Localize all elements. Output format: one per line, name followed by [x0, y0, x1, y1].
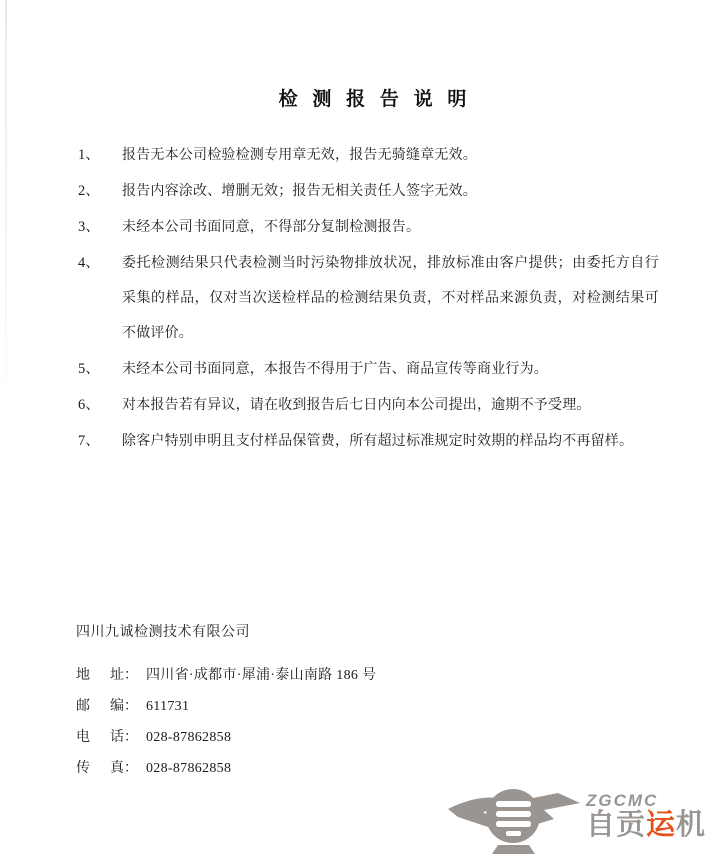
contact-row-address: 地址： 四川省·成都市·犀浦·泰山南路 186 号: [76, 660, 376, 691]
logo-abbr: ZGCMC: [586, 792, 706, 809]
note-text: 委托检测结果只代表检测当时污染物排放状况，排放标准由客户提供；由委托方自行采集的…: [122, 246, 659, 351]
contact-value-address: 四川省·成都市·犀浦·泰山南路 186 号: [146, 660, 376, 691]
contact-row-postcode: 邮编： 611731: [76, 691, 376, 722]
contact-info: 地址： 四川省·成都市·犀浦·泰山南路 186 号 邮编： 611731 电话：…: [76, 660, 376, 784]
note-text: 未经本公司书面同意，本报告不得用于广告、商品宣传等商业行为。: [122, 352, 659, 387]
note-number: 5、: [78, 352, 122, 387]
contact-label: 传真：: [76, 753, 138, 784]
contact-label-char: 传: [76, 753, 90, 784]
logo-emblem-icon: [446, 786, 584, 854]
note-item-5: 5、 未经本公司书面同意，本报告不得用于广告、商品宣传等商业行为。: [78, 352, 659, 387]
note-item-6: 6、 对本报告若有异议，请在收到报告后七日内向本公司提出，逾期不予受理。: [78, 388, 659, 423]
note-number: 3、: [78, 210, 122, 245]
notes-list: 1、 报告无本公司检验检测专用章无效，报告无骑缝章无效。 2、 报告内容涂改、增…: [78, 138, 659, 460]
page-title: 检 测 报 告 说 明: [30, 84, 720, 111]
logo-name-accent: 运: [646, 809, 676, 841]
contact-label: 邮编：: [76, 691, 138, 722]
company-name: 四川九诚检测技术有限公司: [76, 621, 250, 641]
note-number: 7、: [78, 424, 122, 459]
logo-name-part1: 自贡: [586, 809, 646, 841]
company-logo: ZGCMC 自贡运机: [446, 786, 706, 854]
note-item-7: 7、 除客户特别申明且支付样品保管费，所有超过标准规定时效期的样品均不再留样。: [78, 424, 659, 459]
contact-row-fax: 传真： 028-87862858: [76, 753, 376, 784]
note-text: 报告无本公司检验检测专用章无效，报告无骑缝章无效。: [122, 138, 659, 173]
contact-value-fax: 028-87862858: [146, 753, 231, 784]
note-text: 报告内容涂改、增删无效；报告无相关责任人签字无效。: [122, 174, 659, 209]
contact-value-postcode: 611731: [146, 691, 189, 722]
note-item-4: 4、 委托检测结果只代表检测当时污染物排放状况，排放标准由客户提供；由委托方自行…: [78, 246, 659, 351]
logo-text: ZGCMC 自贡运机: [586, 792, 706, 840]
contact-label-char: 编：: [110, 691, 138, 722]
contact-value-phone: 028-87862858: [146, 722, 231, 753]
contact-label-char: 址：: [110, 660, 138, 691]
contact-label: 地址：: [76, 660, 138, 691]
contact-label-char: 电: [76, 722, 90, 753]
note-number: 2、: [78, 174, 122, 209]
note-item-2: 2、 报告内容涂改、增删无效；报告无相关责任人签字无效。: [78, 174, 659, 209]
logo-name-part2: 机: [676, 809, 706, 841]
logo-chinese-name: 自贡运机: [586, 811, 706, 840]
note-item-3: 3、 未经本公司书面同意，不得部分复制检测报告。: [78, 210, 659, 245]
contact-label: 电话：: [76, 722, 138, 753]
document-page: 检 测 报 告 说 明 1、 报告无本公司检验检测专用章无效，报告无骑缝章无效。…: [0, 0, 720, 855]
note-number: 1、: [78, 138, 122, 173]
contact-label-char: 真：: [110, 753, 138, 784]
contact-row-phone: 电话： 028-87862858: [76, 722, 376, 753]
note-item-1: 1、 报告无本公司检验检测专用章无效，报告无骑缝章无效。: [78, 138, 659, 173]
contact-label-char: 邮: [76, 691, 90, 722]
contact-label-char: 话：: [110, 722, 138, 753]
scan-edge-artifact: [5, 0, 7, 420]
note-text: 对本报告若有异议，请在收到报告后七日内向本公司提出，逾期不予受理。: [122, 388, 659, 423]
note-number: 4、: [78, 246, 122, 281]
contact-label-char: 地: [76, 660, 90, 691]
note-number: 6、: [78, 388, 122, 423]
note-text: 未经本公司书面同意，不得部分复制检测报告。: [122, 210, 659, 245]
note-text: 除客户特别申明且支付样品保管费，所有超过标准规定时效期的样品均不再留样。: [122, 424, 659, 459]
